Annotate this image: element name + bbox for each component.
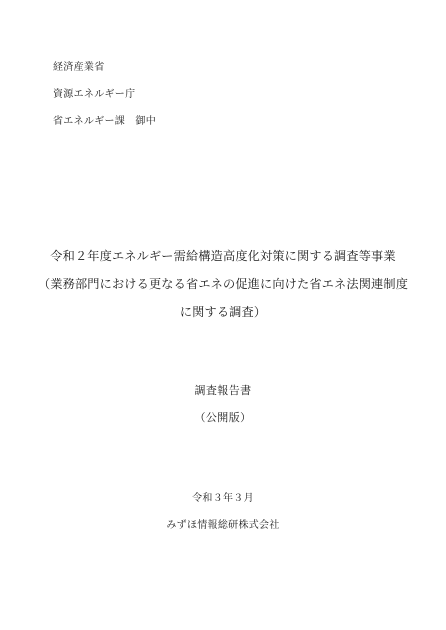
document-cover-page: 経済産業省 資源エネルギー庁 省エネルギー課 御中 令和２年度エネルギー需給構造…: [0, 0, 446, 630]
addressee-ministry: 経済産業省: [53, 63, 105, 73]
addressee-division: 省エネルギー課 御中: [53, 117, 156, 127]
company-name: みずほ情報総研株式会社: [0, 521, 446, 531]
addressee-agency: 資源エネルギー庁: [53, 90, 135, 100]
project-title-line-2: （業務部門における更なる省エネの促進に向けた省エネ法関連制度: [0, 278, 446, 290]
publication-date: 令和３年３月: [0, 494, 446, 504]
edition-label: （公開版）: [0, 412, 446, 423]
report-type-label: 調査報告書: [0, 385, 446, 396]
project-title-line-1: 令和２年度エネルギー需給構造高度化対策に関する調査等事業: [0, 250, 446, 262]
project-title-line-3: に関する調査）: [0, 306, 446, 318]
